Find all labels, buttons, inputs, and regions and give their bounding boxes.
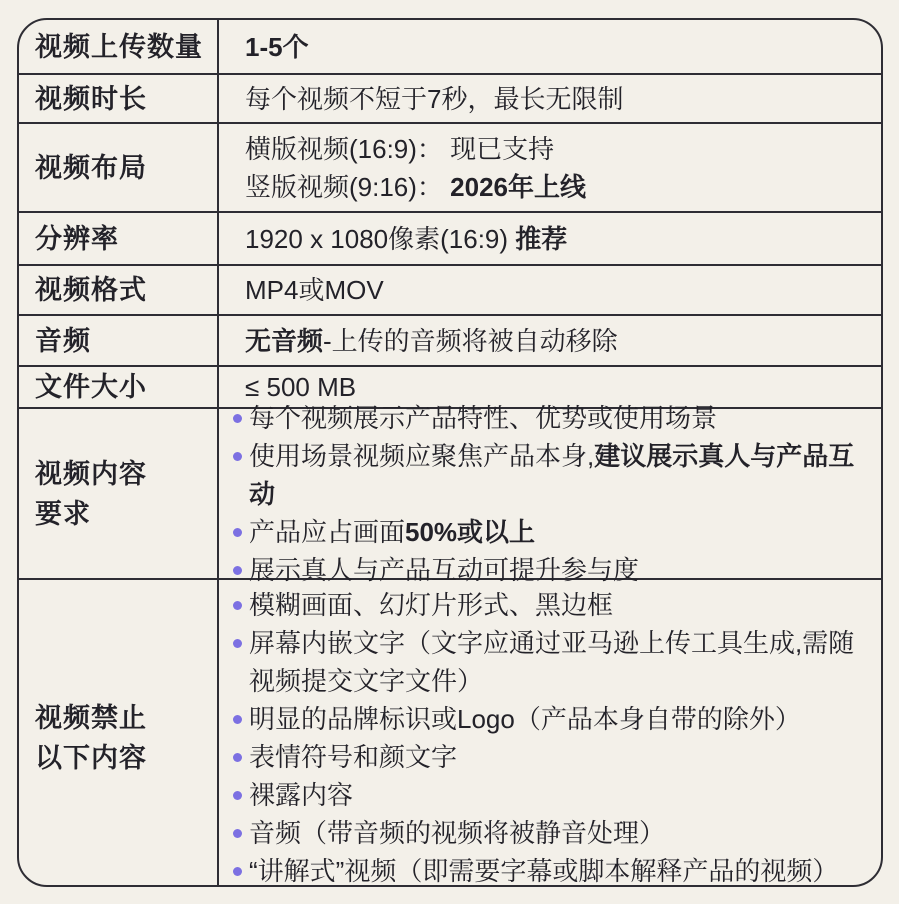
text-segment: 模糊画面、幻灯片形式、黑边框	[249, 590, 613, 620]
text-segment: 横版视频(16:9)： 现已支持	[245, 134, 554, 164]
row-label-line: 文件大小	[35, 367, 217, 407]
content-line: 横版视频(16:9)： 现已支持	[245, 130, 871, 168]
text-segment: 表情符号和颜文字	[249, 742, 457, 772]
row-label: 音频	[19, 316, 219, 365]
bullet-text: 每个视频展示产品特性、优势或使用场景	[249, 399, 871, 437]
row-label-line: 视频上传数量	[35, 27, 217, 67]
content-line: 每个视频不短于7秒，最长无限制	[245, 80, 871, 118]
row-label: 视频禁止以下内容	[19, 580, 219, 887]
bullet-text: 表情符号和颜文字	[249, 738, 871, 776]
text-segment: 2026年上线	[450, 172, 586, 202]
text-segment: -上传的音频将被自动移除	[323, 326, 618, 356]
text-segment: 明显的品牌标识或Logo（产品本身自带的除外）	[249, 704, 801, 734]
bullet-dot-icon	[233, 753, 242, 762]
bullet-text: 音频（带音频的视频将被静音处理）	[249, 814, 871, 852]
text-segment: 50%或以上	[405, 517, 535, 547]
row-label: 视频格式	[19, 266, 219, 314]
table-row: 视频内容要求每个视频展示产品特性、优势或使用场景使用场景视频应聚焦产品本身,建议…	[19, 409, 881, 580]
row-label-line: 分辨率	[35, 219, 217, 259]
content-line: 无音频-上传的音频将被自动移除	[245, 322, 871, 360]
text-segment: 1-5个	[245, 32, 309, 62]
bullet-item: 使用场景视频应聚焦产品本身,建议展示真人与产品互动	[231, 437, 871, 513]
row-content: 1920 x 1080像素(16:9) 推荐	[219, 213, 881, 264]
video-spec-table: 视频上传数量1-5个视频时长每个视频不短于7秒，最长无限制视频布局横版视频(16…	[17, 18, 883, 887]
text-segment: “讲解式”视频（即需要字幕或脚本解释产品的视频）	[249, 856, 838, 886]
row-label-line: 视频时长	[35, 79, 217, 119]
bullet-item: 产品应占画面50%或以上	[231, 513, 871, 551]
bullet-dot-icon	[233, 829, 242, 838]
text-segment: 屏幕内嵌文字（文字应通过亚马逊上传工具生成,需随视频提交文字文件）	[249, 628, 854, 696]
bullet-item: 模糊画面、幻灯片形式、黑边框	[231, 586, 871, 624]
bullet-dot-icon	[233, 414, 242, 423]
row-content: 1-5个	[219, 20, 881, 73]
row-content: 每个视频不短于7秒，最长无限制	[219, 75, 881, 122]
table-row: 视频布局横版视频(16:9)： 现已支持竖版视频(9:16)： 2026年上线	[19, 124, 881, 213]
row-content: 无音频-上传的音频将被自动移除	[219, 316, 881, 365]
bullet-dot-icon	[233, 452, 242, 461]
bullet-text: 模糊画面、幻灯片形式、黑边框	[249, 586, 871, 624]
table-row: 视频格式MP4或MOV	[19, 266, 881, 316]
bullet-dot-icon	[233, 791, 242, 800]
content-line: MP4或MOV	[245, 271, 871, 309]
row-content: MP4或MOV	[219, 266, 881, 314]
content-line: 1920 x 1080像素(16:9) 推荐	[245, 220, 871, 258]
table-row: 分辨率1920 x 1080像素(16:9) 推荐	[19, 213, 881, 266]
row-label: 分辨率	[19, 213, 219, 264]
row-label: 视频布局	[19, 124, 219, 211]
text-segment: MP4或MOV	[245, 275, 384, 305]
bullet-item: 每个视频展示产品特性、优势或使用场景	[231, 399, 871, 437]
bullet-item: 裸露内容	[231, 776, 871, 814]
table-row: 视频上传数量1-5个	[19, 20, 881, 75]
row-label: 视频内容要求	[19, 409, 219, 578]
bullet-item: 明显的品牌标识或Logo（产品本身自带的除外）	[231, 700, 871, 738]
row-label-line: 视频格式	[35, 270, 217, 310]
row-label-line: 音频	[35, 321, 217, 361]
row-label-line: 以下内容	[35, 738, 217, 778]
table-row: 视频时长每个视频不短于7秒，最长无限制	[19, 75, 881, 124]
bullet-item: “讲解式”视频（即需要字幕或脚本解释产品的视频）	[231, 852, 871, 887]
text-segment: 1920 x 1080像素(16:9)	[245, 224, 515, 254]
text-segment: 竖版视频(9:16)：	[245, 172, 450, 202]
bullet-text: “讲解式”视频（即需要字幕或脚本解释产品的视频）	[249, 852, 871, 887]
bullet-dot-icon	[233, 566, 242, 575]
bullet-text: 使用场景视频应聚焦产品本身,建议展示真人与产品互动	[249, 437, 871, 513]
text-segment: 产品应占画面	[249, 517, 405, 547]
text-segment: 每个视频不短于7秒，最长无限制	[245, 84, 623, 114]
bullet-dot-icon	[233, 601, 242, 610]
bullet-item: 屏幕内嵌文字（文字应通过亚马逊上传工具生成,需随视频提交文字文件）	[231, 624, 871, 700]
bullet-dot-icon	[233, 639, 242, 648]
bullet-text: 裸露内容	[249, 776, 871, 814]
bullet-item: 表情符号和颜文字	[231, 738, 871, 776]
text-segment: 裸露内容	[249, 780, 353, 810]
bullet-dot-icon	[233, 715, 242, 724]
row-label: 视频上传数量	[19, 20, 219, 73]
content-line: 1-5个	[245, 28, 871, 66]
text-segment: ≤ 500 MB	[245, 372, 356, 402]
bullet-text: 产品应占画面50%或以上	[249, 513, 871, 551]
row-label-line: 视频内容	[35, 454, 217, 494]
row-label: 视频时长	[19, 75, 219, 122]
row-content: 横版视频(16:9)： 现已支持竖版视频(9:16)： 2026年上线	[219, 124, 881, 211]
row-content: 模糊画面、幻灯片形式、黑边框屏幕内嵌文字（文字应通过亚马逊上传工具生成,需随视频…	[219, 580, 881, 887]
table-row: 音频无音频-上传的音频将被自动移除	[19, 316, 881, 367]
table-row: 视频禁止以下内容模糊画面、幻灯片形式、黑边框屏幕内嵌文字（文字应通过亚马逊上传工…	[19, 580, 881, 887]
text-segment: 无音频	[245, 326, 323, 356]
row-label-line: 视频布局	[35, 148, 217, 188]
row-label: 文件大小	[19, 367, 219, 407]
row-label-line: 视频禁止	[35, 698, 217, 738]
bullet-item: 音频（带音频的视频将被静音处理）	[231, 814, 871, 852]
bullet-text: 屏幕内嵌文字（文字应通过亚马逊上传工具生成,需随视频提交文字文件）	[249, 624, 871, 700]
row-label-line: 要求	[35, 494, 217, 534]
text-segment: 每个视频展示产品特性、优势或使用场景	[249, 403, 717, 433]
content-line: 竖版视频(9:16)： 2026年上线	[245, 168, 871, 206]
text-segment: 使用场景视频应聚焦产品本身,	[249, 441, 594, 471]
row-content: 每个视频展示产品特性、优势或使用场景使用场景视频应聚焦产品本身,建议展示真人与产…	[219, 409, 881, 578]
bullet-text: 明显的品牌标识或Logo（产品本身自带的除外）	[249, 700, 871, 738]
text-segment: 音频（带音频的视频将被静音处理）	[249, 818, 665, 848]
text-segment: 推荐	[515, 224, 567, 254]
bullet-dot-icon	[233, 867, 242, 876]
bullet-dot-icon	[233, 528, 242, 537]
